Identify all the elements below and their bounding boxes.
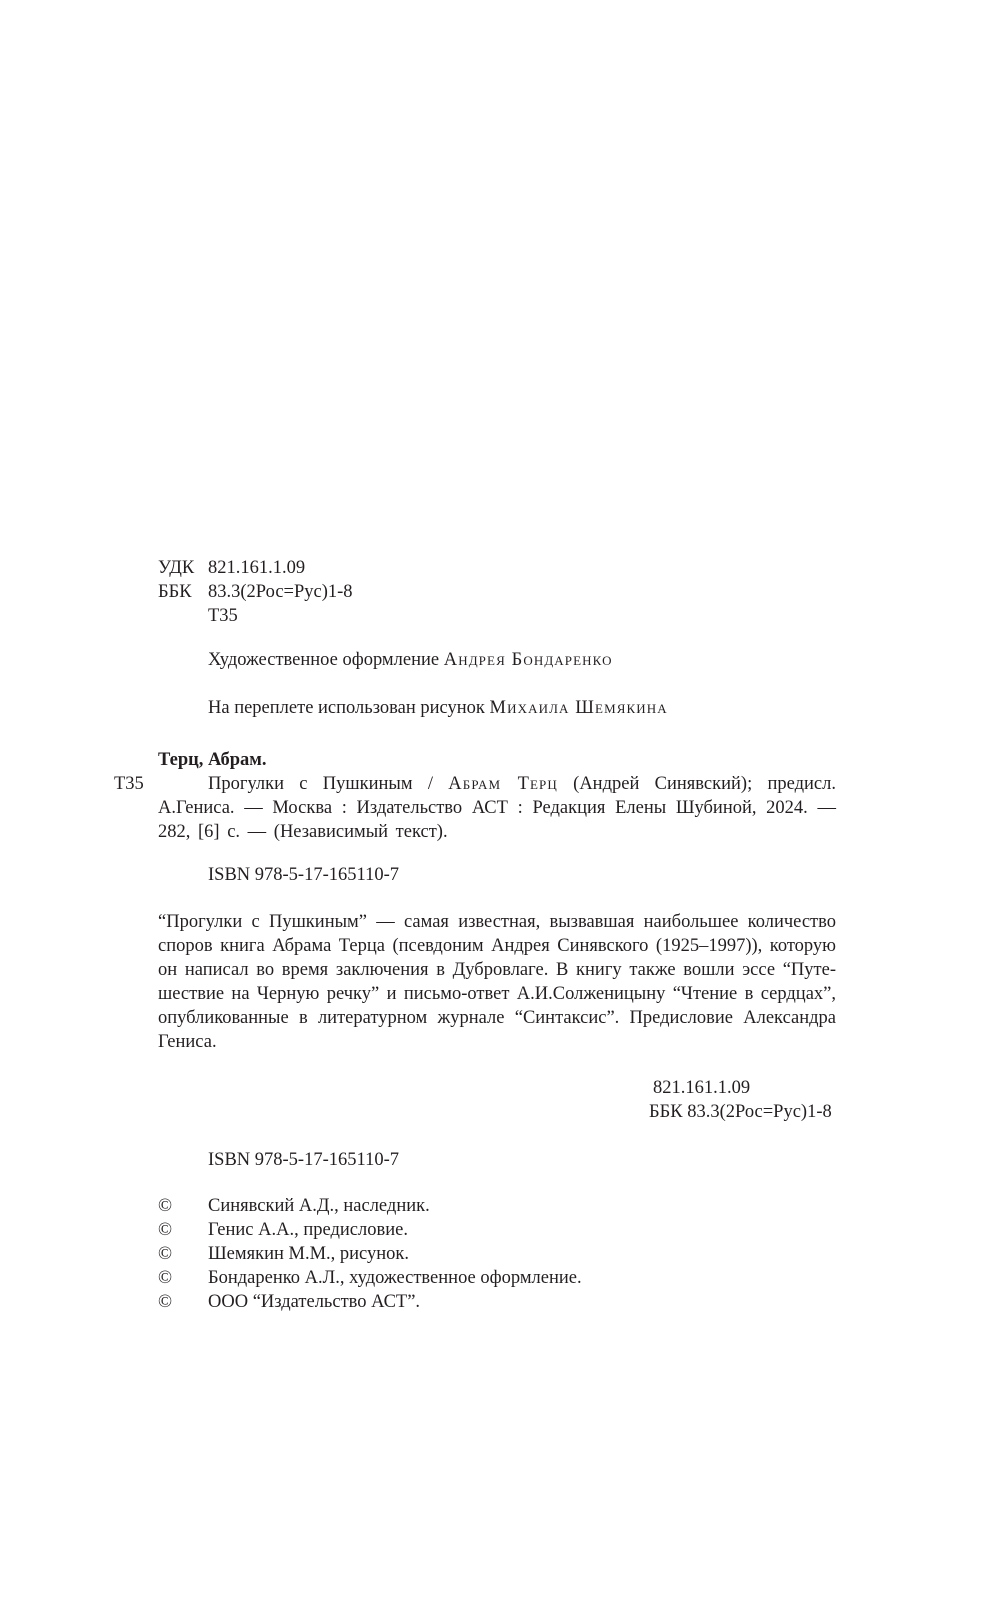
copyright-text: Бондаренко А.Л., художественное оформлен…	[208, 1268, 582, 1288]
copyright-list: ©Синявский А.Д., наследник. ©Генис А.А.,…	[158, 1194, 582, 1314]
copyright-icon: ©	[158, 1194, 208, 1218]
record-line-3: 282, [6] с. — (Независимый текст).	[158, 820, 836, 844]
bbk-line: ББК83.3(2Рос=Рус)1-8	[158, 580, 353, 604]
isbn-top: ISBN 978-5-17-165110-7	[208, 863, 399, 887]
design-credit: Художественное оформление Андрея Бондаре…	[208, 648, 668, 672]
copyright-item: ©ООО “Издательство АСТ”.	[158, 1290, 582, 1314]
copyright-item: ©Синявский А.Д., наследник.	[158, 1194, 582, 1218]
udk-right: 821.161.1.09	[653, 1076, 750, 1100]
udk-line: УДК821.161.1.09	[158, 556, 353, 580]
annotation-paragraph: “Прогулки с Пушкиным” — самая известная,…	[158, 910, 836, 1054]
author-mark: Т35	[208, 606, 238, 626]
copyright-text: Синявский А.Д., наследник.	[208, 1196, 430, 1216]
bbk-value: 83.3(2Рос=Рус)1-8	[208, 582, 353, 602]
annotation-line: опубликованные в литературном журнале “С…	[158, 1006, 836, 1030]
design-credit-prefix: Художественное оформление	[208, 650, 444, 670]
bbk-label: ББК	[158, 580, 208, 604]
cover-credit-name: Михаила Шемякина	[490, 698, 668, 718]
copyright-icon: ©	[158, 1266, 208, 1290]
copyright-icon: ©	[158, 1290, 208, 1314]
author-mark-line: Т35	[158, 604, 353, 628]
record-line-2: А.Гениса. — Москва : Издательство АСТ : …	[158, 796, 836, 820]
copyright-item: ©Шемякин М.М., рисунок.	[158, 1242, 582, 1266]
copyright-icon: ©	[158, 1218, 208, 1242]
copyright-icon: ©	[158, 1242, 208, 1266]
design-credit-name: Андрея Бондаренко	[444, 650, 613, 670]
bibliographic-record: Прогулки с Пушкиным / Абрам Терц (Андрей…	[158, 772, 836, 844]
record-author-name: Абрам Терц	[448, 774, 558, 794]
margin-author-mark: Т35	[114, 772, 144, 796]
copyright-text: ООО “Издательство АСТ”.	[208, 1292, 420, 1312]
annotation-line: он написал во время заключения в Дубровл…	[158, 958, 836, 982]
udk-value: 821.161.1.09	[208, 558, 305, 578]
annotation-line: споров книга Абрама Терца (псевдоним Анд…	[158, 934, 836, 958]
copyright-item: ©Бондаренко А.Л., художественное оформле…	[158, 1266, 582, 1290]
record-heading: Терц, Абрам.	[158, 748, 266, 772]
copyright-text: Шемякин М.М., рисунок.	[208, 1244, 409, 1264]
credits-block: Художественное оформление Андрея Бондаре…	[208, 648, 668, 720]
copyright-item: ©Генис А.А., предисловие.	[158, 1218, 582, 1242]
udk-label: УДК	[158, 556, 208, 580]
copyright-text: Генис А.А., предисловие.	[208, 1220, 408, 1240]
classification-block: УДК821.161.1.09 ББК83.3(2Рос=Рус)1-8 Т35	[158, 556, 353, 628]
record-line-1: Прогулки с Пушкиным / Абрам Терц (Андрей…	[158, 772, 836, 796]
annotation-line: шествие на Черную речку” и письмо-ответ …	[158, 982, 836, 1006]
annotation-line: Гениса.	[158, 1030, 836, 1054]
isbn-bottom: ISBN 978-5-17-165110-7	[208, 1148, 399, 1172]
cover-credit: На переплете использован рисунок Михаила…	[208, 696, 668, 720]
annotation-line: “Прогулки с Пушкиным” — самая известная,…	[158, 910, 836, 934]
bbk-right: ББК 83.3(2Рос=Рус)1-8	[649, 1100, 832, 1124]
cover-credit-prefix: На переплете использован рисунок	[208, 698, 490, 718]
